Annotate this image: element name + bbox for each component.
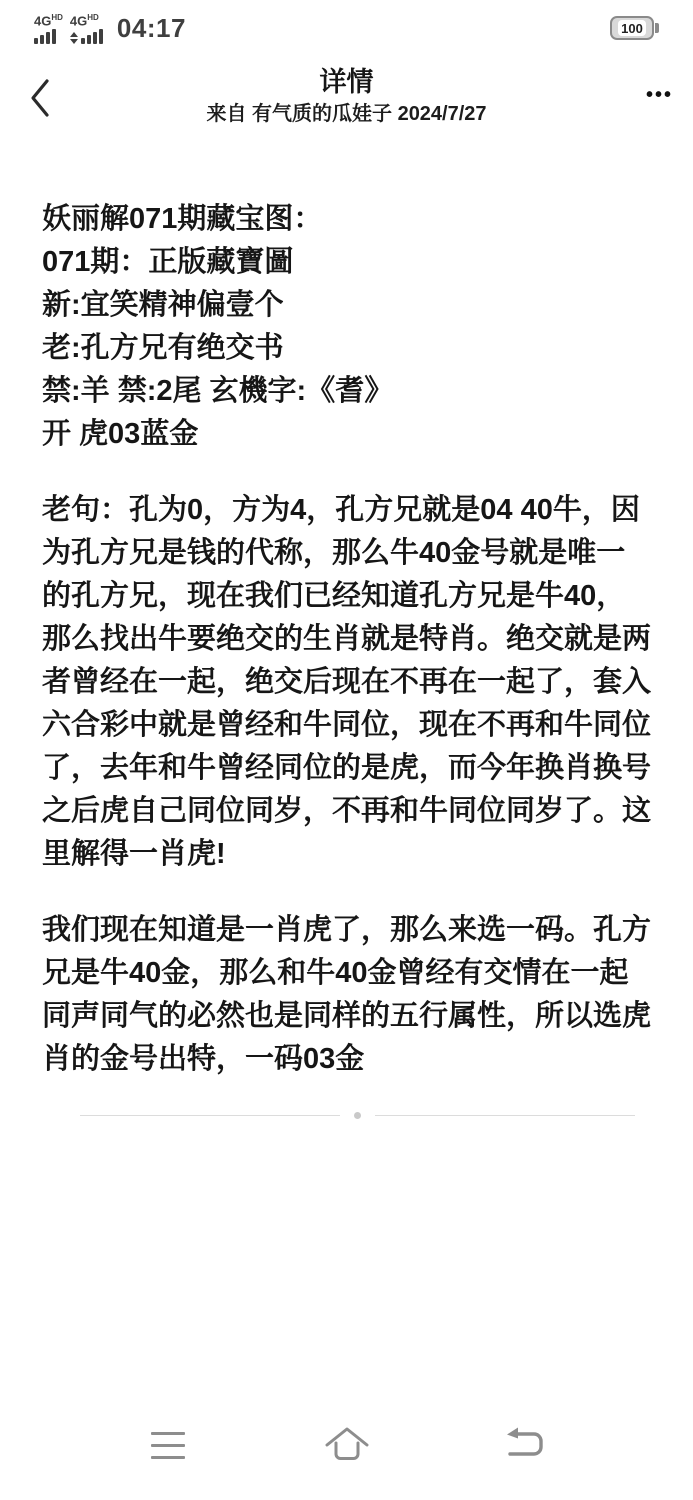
status-bar: 4GHD 4GHD 04:17 100 [0,8,693,48]
data-activity-icon [70,29,78,44]
sim1-network-type-label: 4GHD [34,12,63,27]
analysis-paragraph: 老句：孔为0，方为4，孔方兄就是04 40牛，因为孔方兄是钱的代称，那么牛40金… [42,489,651,876]
signal-bars-icon [34,29,56,44]
post-content: 妖丽解071期藏宝图： 071期：正版藏寶圖 新:宜笑精神偏壹个 老:孔方兄有绝… [42,198,651,1081]
chevron-left-icon [28,77,52,122]
divider-dot [354,1112,361,1119]
home-icon [323,1423,371,1468]
phone-screen: 4GHD 4GHD 04:17 100 [0,0,693,1500]
signal-bars-icon [70,29,103,44]
ellipsis-icon: ••• [646,84,673,106]
status-time: 04:17 [117,13,186,44]
divider-line [375,1115,635,1116]
recents-menu-button[interactable] [140,1417,196,1473]
back-button[interactable] [18,74,62,124]
menu-icon [151,1432,185,1459]
page-subtitle: 来自 有气质的瓜娃子 2024/7/27 [0,100,693,128]
return-arrow-icon [501,1424,549,1467]
sim2-network-type-label: 4GHD [70,12,99,27]
riddle-line: 新:宜笑精神偏壹个 [42,284,651,327]
battery-percent: 100 [618,20,646,36]
riddle-block: 妖丽解071期藏宝图： 071期：正版藏寶圖 新:宜笑精神偏壹个 老:孔方兄有绝… [42,198,651,456]
conclusion-paragraph: 我们现在知道是一肖虎了，那么来选一码。孔方兄是牛40金，那么和牛40金曾经有交情… [42,909,651,1081]
riddle-line: 老:孔方兄有绝交书 [42,327,651,370]
more-menu-button[interactable]: ••• [646,80,673,110]
nav-header: 详情 来自 有气质的瓜娃子 2024/7/27 ••• [0,62,693,140]
page-title: 详情 [0,62,693,98]
sim1-signal: 4GHD [34,12,63,44]
home-button[interactable] [319,1417,375,1473]
network-indicators: 4GHD 4GHD [34,12,103,44]
content-end-divider [80,1108,635,1122]
divider-line [80,1115,340,1116]
system-nav-bar [0,1390,693,1500]
battery-indicator: 100 [610,16,659,40]
riddle-line: 妖丽解071期藏宝图： [42,198,651,241]
riddle-line: 禁:羊 禁:2尾 玄機字:《耆》 [42,370,651,413]
battery-icon: 100 [610,16,654,40]
riddle-line: 开 虎03蓝金 [42,413,651,456]
back-nav-button[interactable] [497,1417,553,1473]
riddle-line: 071期：正版藏寶圖 [42,241,651,284]
sim2-signal: 4GHD [70,12,103,44]
battery-nub [655,23,659,33]
